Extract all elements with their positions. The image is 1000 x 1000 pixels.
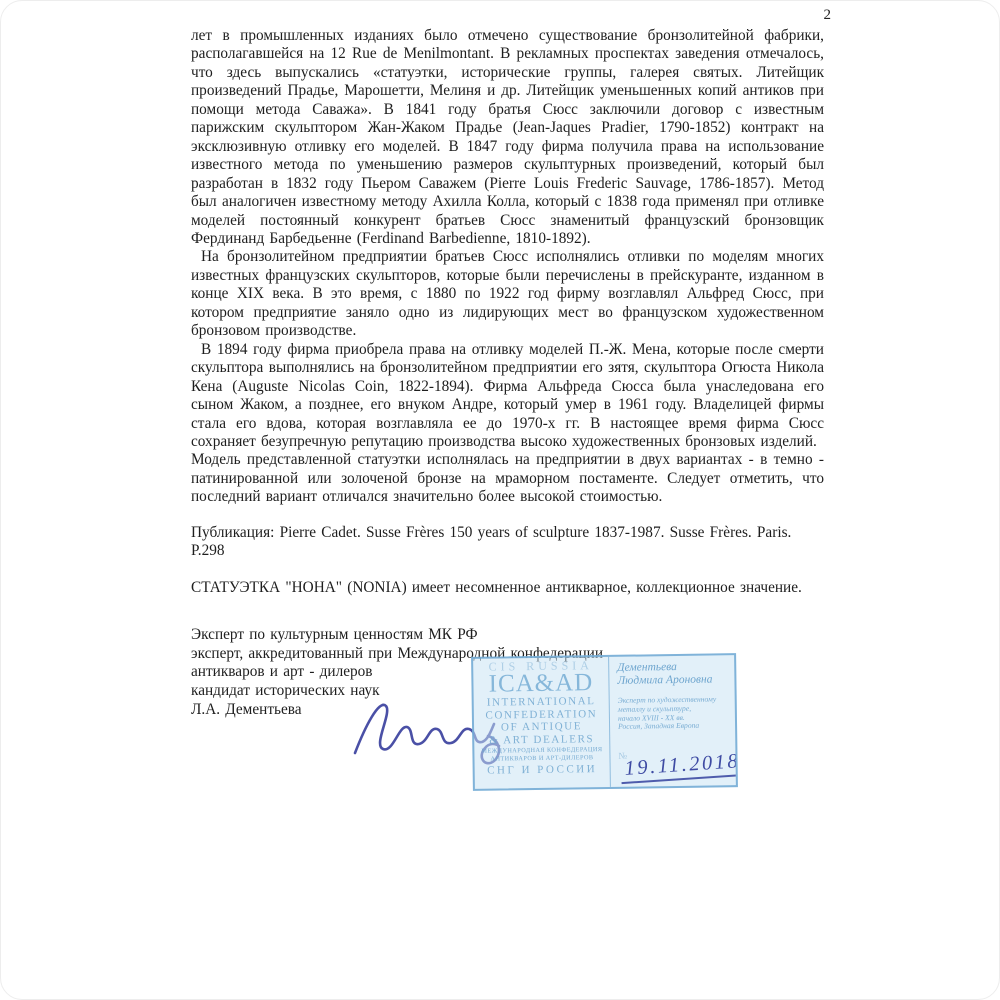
stamp-right-panel: Дементьева Людмила Ароновна Эксперт по х… xyxy=(609,655,736,787)
stamp-expert-specialty: Эксперт по художественному металлу и ску… xyxy=(618,695,729,732)
body-paragraph: Модель представленной статуэтки исполнял… xyxy=(191,451,824,506)
expert-stamp: CIS RUSSIA ICA&AD INTERNATIONAL CONFEDER… xyxy=(471,653,738,791)
document-page: 2 лет в промышленных изданиях было отмеч… xyxy=(0,0,1000,1000)
conclusion-statement: СТАТУЭТКА "НОНА" (NONIA) имеет несомненн… xyxy=(191,579,824,597)
document-body: лет в промышленных изданиях было отмечен… xyxy=(191,27,824,719)
page-number: 2 xyxy=(811,7,831,24)
stamp-left-panel: CIS RUSSIA ICA&AD INTERNATIONAL CONFEDER… xyxy=(473,657,611,789)
body-paragraph: В 1894 году фирма приобрела права на отл… xyxy=(191,341,824,452)
handwritten-date: 19.11.2018 xyxy=(620,750,736,784)
expert-credential-line: Эксперт по культурным ценностям МК РФ xyxy=(191,626,824,645)
body-paragraph: лет в промышленных изданиях было отмечен… xyxy=(191,27,824,248)
publication-reference: Публикация: Pierre Cadet. Susse Frères 1… xyxy=(191,524,824,561)
stamp-cis-rossii-label: СНГ И РОССИИ xyxy=(475,763,610,778)
stamp-icaad-monogram: ICA&AD xyxy=(473,671,608,697)
stamp-org-name-ru: МЕЖДУНАРОДНАЯ КОНФЕДЕРАЦИЯ АНТИКВАРОВ И … xyxy=(474,746,609,763)
stamp-org-line: & ART DEALERS xyxy=(474,732,609,746)
stamp-org-name-en: INTERNATIONAL CONFEDERATION OF ANTIQUE &… xyxy=(474,695,610,747)
stamp-expert-name: Дементьева Людмила Ароновна xyxy=(617,660,728,688)
stamp-specialty-line: Россия, Западная Европа xyxy=(618,722,729,732)
stamp-expert-given-names: Людмила Ароновна xyxy=(617,673,728,688)
stamp-org-small-line: АНТИКВАРОВ И АРТ-ДИЛЕРОВ xyxy=(474,754,609,763)
body-paragraph: На бронзолитейном предприятии братьев Сю… xyxy=(191,248,824,340)
